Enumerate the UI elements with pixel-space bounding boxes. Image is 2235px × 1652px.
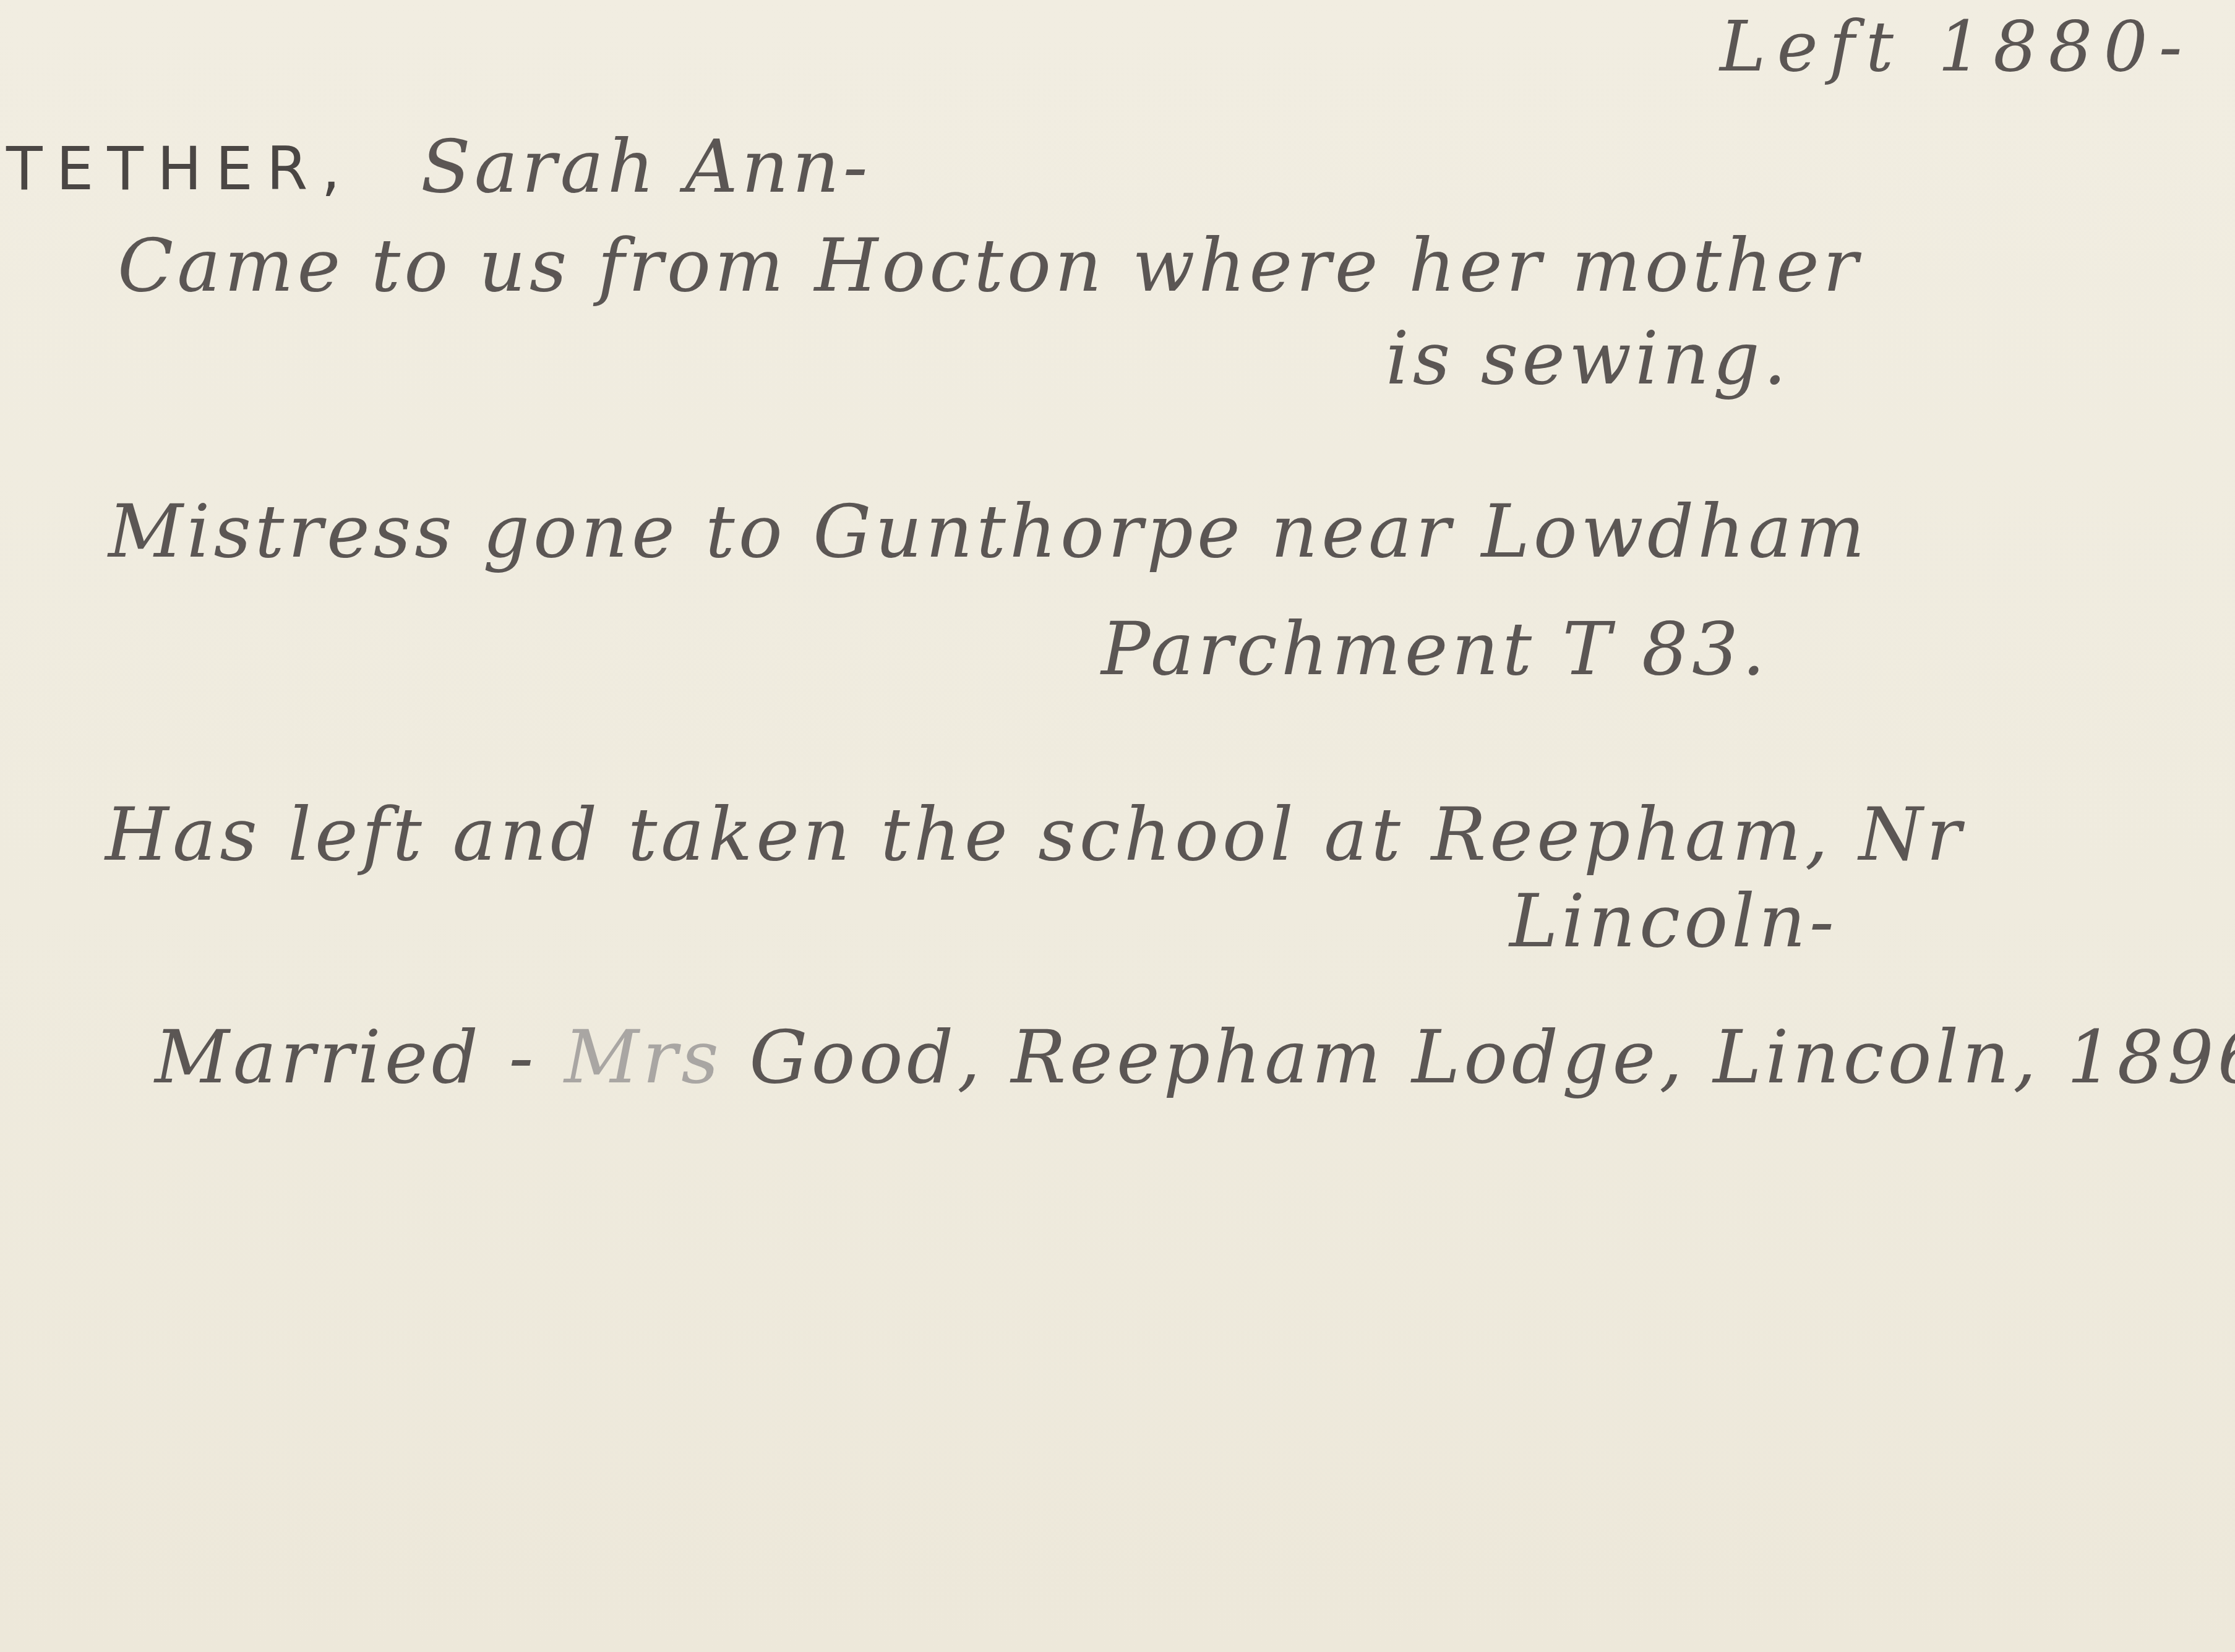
record-card: Left 1880- TETHER, Sarah Ann- Came to us… xyxy=(0,0,2235,1652)
entry-origin-continued: is sewing. xyxy=(1386,322,1790,395)
married-details: Good, Reepham Lodge, Lincoln, 1896. xyxy=(749,1014,2235,1100)
given-names: Sarah Ann- xyxy=(421,130,872,203)
entry-origin: Came to us from Hocton where her mother xyxy=(118,229,1861,302)
entry-married: Married - Mrs Good, Reepham Lodge, Linco… xyxy=(155,1021,2235,1093)
married-prefix: Married - xyxy=(155,1014,537,1100)
entry-parchment: Parchment T 83. xyxy=(1101,612,1769,685)
surname: TETHER, xyxy=(6,139,354,199)
entry-mistress: Mistress gone to Gunthorpe near Lowdham xyxy=(108,495,1869,568)
entry-school-continued: Lincoln- xyxy=(1509,884,1838,957)
left-date-note: Left 1880- xyxy=(1720,12,2194,82)
entry-school: Has left and taken the school at Reepham… xyxy=(105,798,1965,871)
married-title: Mrs xyxy=(564,1014,723,1100)
